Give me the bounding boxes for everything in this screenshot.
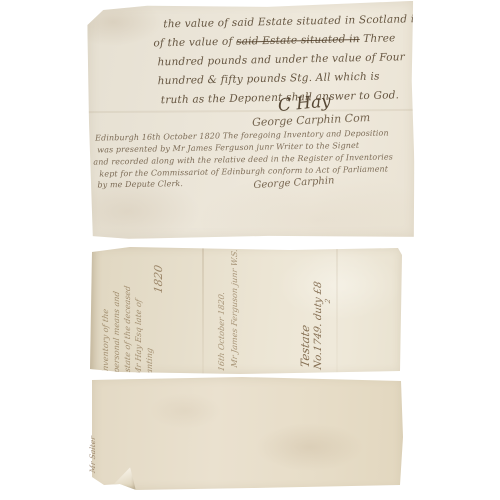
registration-line: by me Depute Clerk. — [97, 179, 183, 189]
docket-reference-block: Testate No.1749. duty £8 2 — [298, 268, 340, 373]
docket-number: No.1749. duty £8 — [313, 271, 324, 371]
docket-presentment-line: 16th October 1820. — [215, 258, 228, 372]
dog-ear-corner — [110, 467, 137, 490]
deposition-line: the value of said Estate situated in Sco… — [163, 13, 420, 30]
docket-title-line: personal means and — [111, 257, 122, 377]
docket-title-line: Inventory of the — [100, 255, 111, 375]
bottom-flap — [92, 377, 403, 490]
deposition-line: hundred pounds and under the value of Fo… — [157, 51, 405, 68]
deposition-line: hundred & fifty pounds Stg. All which is — [158, 71, 380, 88]
carphin-attest-signature: George Carphin Com — [252, 111, 371, 129]
docket-status: Testate — [298, 268, 313, 369]
deposition-text: Three — [360, 32, 396, 45]
strikethrough-text: said Estate situated in — [236, 33, 360, 48]
deposition-text: of the value of — [153, 36, 236, 50]
registration-line: was presented by Mr James Ferguson junr … — [97, 141, 359, 155]
docket-title-line: estate of the deceased — [122, 259, 133, 379]
docket-presentment-block: 16th October 1820. Mr James Ferguson jun… — [215, 258, 243, 375]
folded-back-panel: Inventory of the personal means and esta… — [90, 247, 402, 374]
carphin-docket-signature: George Carphin — [253, 175, 335, 191]
deposition-line: of the value of said Estate situated in … — [153, 32, 395, 49]
fold-crease — [202, 247, 204, 374]
docket-title-block: Inventory of the personal means and esta… — [100, 255, 158, 383]
edge-annotation: Mr Salter — [88, 425, 101, 474]
deposition-page: the value of said Estate situated in Sco… — [87, 1, 416, 240]
docket-title-line: Mr Hay Esq late of — [133, 261, 144, 381]
docket-presentment-line: Mr James Ferguson junr W.S. — [228, 260, 241, 374]
docket-year: 1820 — [152, 252, 166, 294]
registration-line: kept for the Commissariot of Edinburgh c… — [99, 165, 388, 179]
docket-duty-sub: 2 — [324, 273, 332, 304]
document-photo: the value of said Estate situated in Sco… — [0, 0, 500, 500]
